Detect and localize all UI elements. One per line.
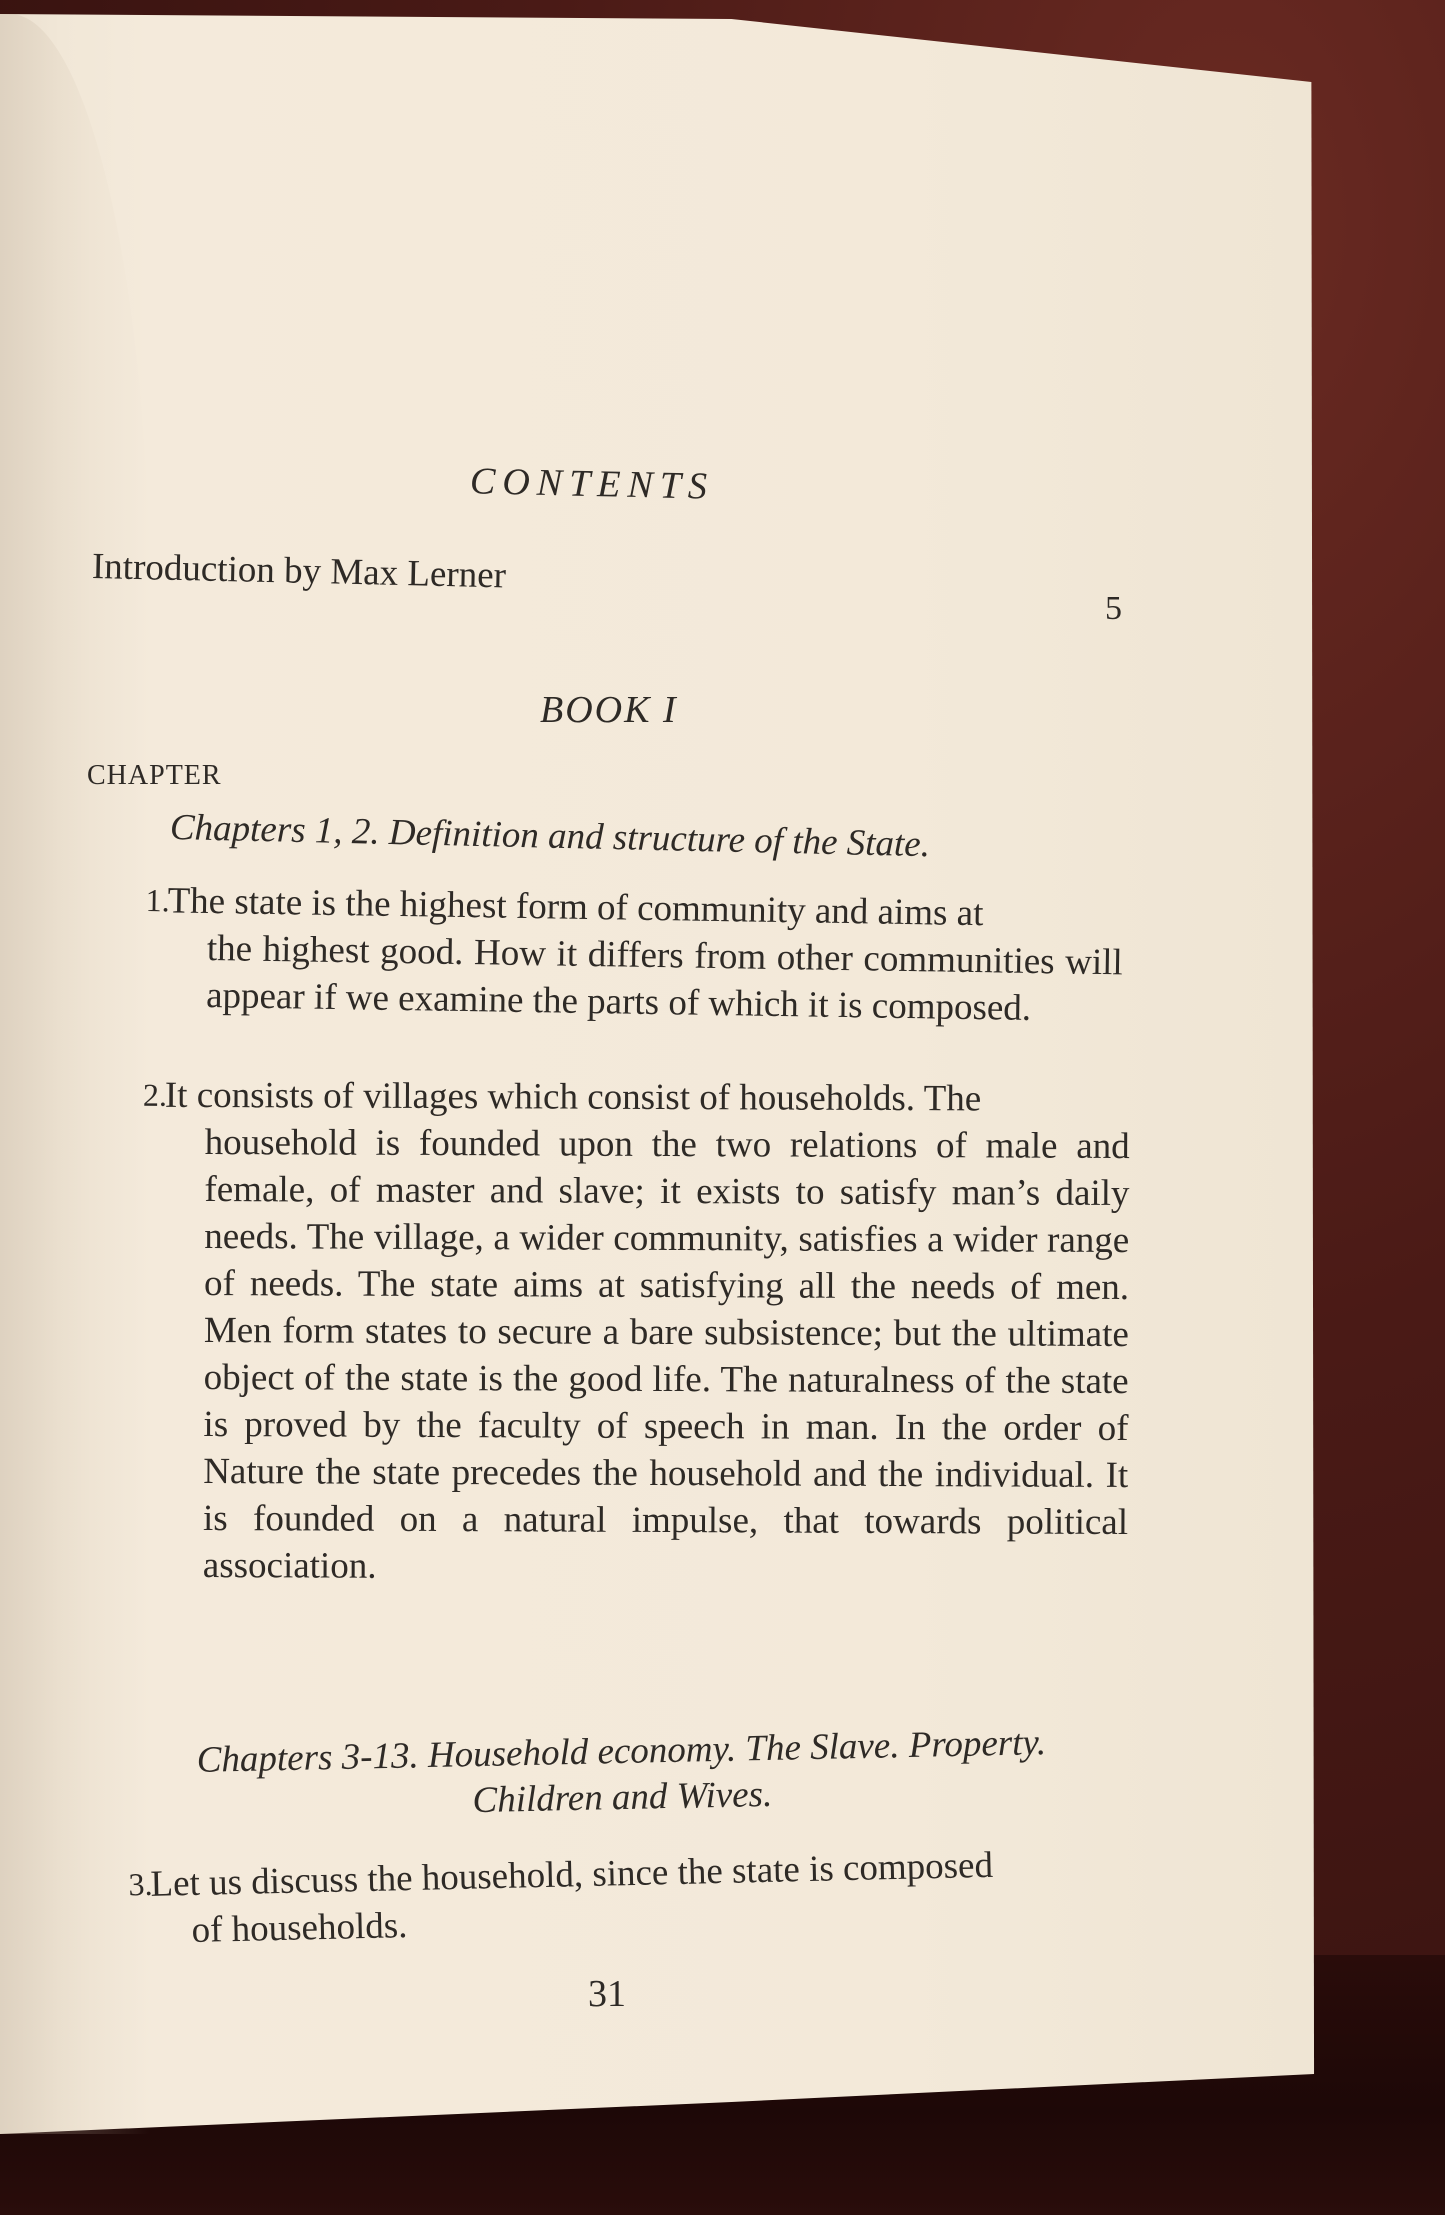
book-heading: BOOK I [540,688,678,732]
item-first-line: It consists of villages which consist of… [165,1072,1130,1123]
section-heading: Chapters 1, 2. Definition and structure … [169,805,1070,871]
section-heading: Chapters 3-13. Household economy. The Sl… [191,1720,1053,1830]
list-item: 2. It consists of villages which consist… [203,1072,1130,1593]
item-text: of households. [191,1905,408,1951]
item-first-line: Let us discuss the household, since the … [150,1839,1131,1908]
page-content: CONTENTS Introduction by Max Lerner 5 BO… [0,0,1445,2215]
item-text: household is founded upon the two relati… [203,1122,1130,1587]
chapter-column-label: CHAPTER [87,760,222,792]
item-number: 1. [145,877,170,924]
item-number: 3. [128,1861,153,1909]
introduction-page-number: 5 [1105,590,1122,628]
list-item: 1. The state is the highest form of comm… [206,878,1124,1033]
page-number: 31 [588,1972,626,2016]
contents-title: CONTENTS [470,459,715,509]
introduction-entry: Introduction by Max Lerner [92,545,507,597]
list-item: 3. Let us discuss the household, since t… [190,1839,1132,1954]
item-text: the highest good. How it differs from ot… [206,928,1123,1029]
item-number: 2. [143,1072,167,1119]
